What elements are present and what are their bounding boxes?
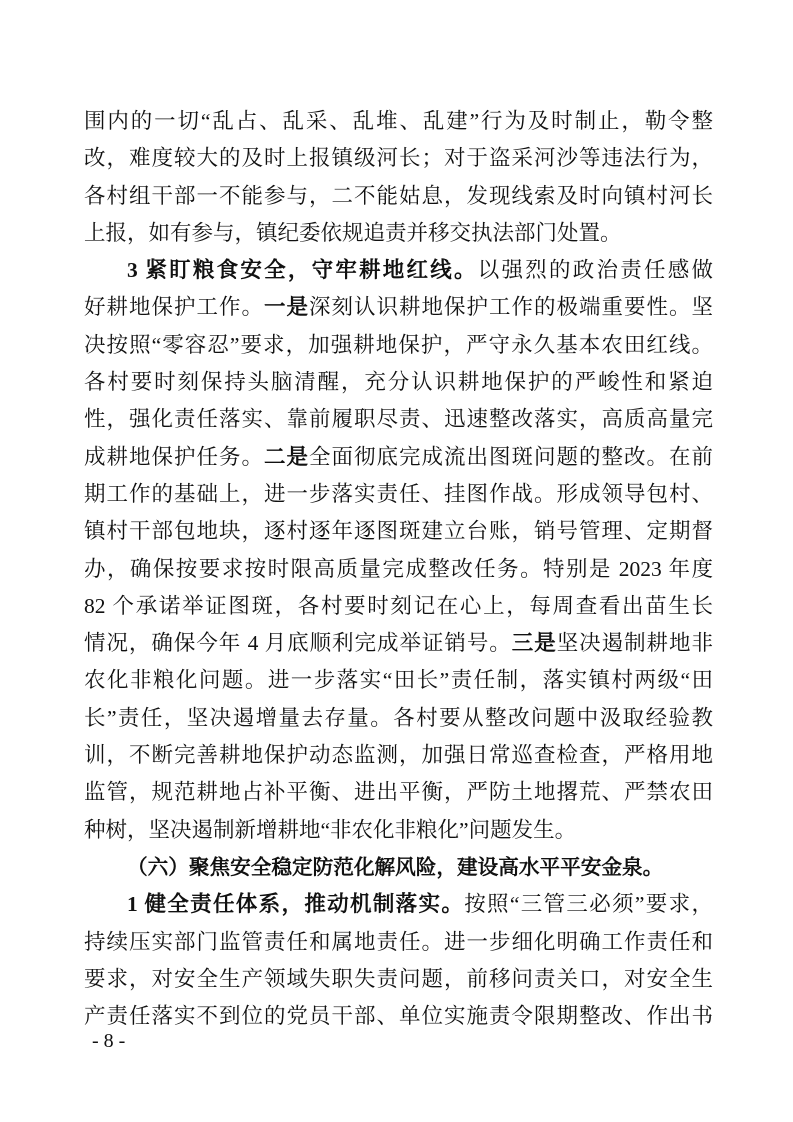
- text-segment: 各村组干部一不能参与，二不能姑息，发现线索及时向镇村河长: [84, 184, 713, 208]
- text-line: 种树，坚决遏制新增耕地“非农化非粮化”问题发生。: [84, 812, 713, 849]
- text-segment: 监管，规范耕地占补平衡、进出平衡，严防土地撂荒、严禁农田: [84, 780, 713, 804]
- text-segment: 三是: [512, 631, 557, 655]
- text-segment: 3 紧盯粮食安全，守牢耕地红线。: [127, 258, 478, 282]
- text-segment: 按照“三管三必须”要求，: [464, 892, 713, 916]
- text-segment: 围内的一切“乱占、乱采、乱堆、乱建”行为及时制止，勒令整: [84, 109, 713, 133]
- text-line: 82 个承诺举证图斑，各村要时刻记在心上，每周查看出苗生长: [84, 588, 713, 625]
- text-line: 改，难度较大的及时上报镇级河长；对于盗采河沙等违法行为，: [84, 140, 713, 177]
- text-segment: 持续压实部门监管责任和属地责任。进一步细化明确工作责任和: [84, 930, 713, 954]
- text-line: 成耕地保护任务。二是全面彻底完成流出图斑问题的整改。在前: [84, 439, 713, 476]
- text-line: 镇村干部包地块，逐村逐年逐图斑建立台账，销号管理、定期督: [84, 513, 713, 550]
- text-segment: 1 健全责任体系，推动机制落实。: [127, 892, 464, 916]
- text-line: 农化非粮化问题。进一步落实“田长”责任制，落实镇村两级“田: [84, 662, 713, 699]
- text-segment: 种树，坚决遏制新增耕地“非农化非粮化”问题发生。: [84, 818, 576, 842]
- text-line: 办，确保按要求按时限高质量完成整改任务。特别是 2023 年度: [84, 551, 713, 588]
- text-segment: 各村要时刻保持头脑清醒，充分认识耕地保护的严峻性和紧迫: [84, 370, 713, 394]
- text-line: 各村组干部一不能参与，二不能姑息，发现线索及时向镇村河长: [84, 178, 713, 215]
- text-segment: 深刻认识耕地保护工作的极端重要性。坚: [309, 295, 713, 319]
- document-body: 围内的一切“乱占、乱采、乱堆、乱建”行为及时制止，勒令整改，难度较大的及时上报镇…: [84, 103, 713, 1035]
- text-line: 上报，如有参与，镇纪委依规追责并移交执法部门处置。: [84, 215, 713, 252]
- text-segment: （六）聚焦安全稳定防范化解风险，建设高水平平安金泉。: [127, 856, 663, 879]
- text-line: 情况，确保今年 4 月底顺利完成举证销号。三是坚决遏制耕地非: [84, 625, 713, 662]
- text-segment: 82 个承诺举证图斑，各村要时刻记在心上，每周查看出苗生长: [84, 594, 713, 618]
- text-segment: 决按照“零容忍”要求，加强耕地保护，严守永久基本农田红线。: [84, 333, 713, 357]
- text-segment: 镇村干部包地块，逐村逐年逐图斑建立台账，销号管理、定期督: [84, 519, 713, 543]
- text-segment: 要求，对安全生产领域失职失责问题，前移问责关口，对安全生: [84, 967, 713, 991]
- text-segment: 期工作的基础上，进一步落实责任、挂图作战。形成领导包村、: [84, 482, 713, 506]
- text-segment: 坚决遏制耕地非: [557, 631, 713, 655]
- text-segment: 长”责任，坚决遏增量去存量。各村要从整改问题中汲取经验教: [84, 706, 713, 730]
- text-segment: 情况，确保今年 4 月底顺利完成举证销号。: [84, 631, 512, 655]
- text-segment: 上报，如有参与，镇纪委依规追责并移交执法部门处置。: [84, 221, 622, 245]
- page-number: - 8 -: [92, 1028, 125, 1054]
- text-segment: 一是: [264, 295, 309, 319]
- text-segment: 成耕地保护任务。: [84, 445, 264, 469]
- text-segment: 以强烈的政治责任感做: [478, 258, 713, 282]
- text-line: 1 健全责任体系，推动机制落实。按照“三管三必须”要求，: [84, 886, 713, 923]
- text-segment: 改，难度较大的及时上报镇级河长；对于盗采河沙等违法行为，: [84, 146, 713, 170]
- text-line: （六）聚焦安全稳定防范化解风险，建设高水平平安金泉。: [84, 849, 713, 886]
- text-segment: 全面彻底完成流出图斑问题的整改。在前: [309, 445, 713, 469]
- text-line: 决按照“零容忍”要求，加强耕地保护，严守永久基本农田红线。: [84, 327, 713, 364]
- text-segment: 产责任落实不到位的党员干部、单位实施责令限期整改、作出书: [84, 1004, 713, 1028]
- text-segment: 性，强化责任落实、靠前履职尽责、迅速整改落实，高质高量完: [84, 407, 713, 431]
- text-segment: 办，确保按要求按时限高质量完成整改任务。特别是 2023 年度: [84, 557, 713, 581]
- text-line: 3 紧盯粮食安全，守牢耕地红线。以强烈的政治责任感做: [84, 252, 713, 289]
- text-line: 训，不断完善耕地保护动态监测，加强日常巡查检查，严格用地: [84, 737, 713, 774]
- text-line: 好耕地保护工作。一是深刻认识耕地保护工作的极端重要性。坚: [84, 289, 713, 326]
- text-line: 期工作的基础上，进一步落实责任、挂图作战。形成领导包村、: [84, 476, 713, 513]
- text-line: 持续压实部门监管责任和属地责任。进一步细化明确工作责任和: [84, 924, 713, 961]
- text-line: 要求，对安全生产领域失职失责问题，前移问责关口，对安全生: [84, 961, 713, 998]
- text-segment: 农化非粮化问题。进一步落实“田长”责任制，落实镇村两级“田: [84, 668, 713, 692]
- text-line: 长”责任，坚决遏增量去存量。各村要从整改问题中汲取经验教: [84, 700, 713, 737]
- text-segment: 二是: [264, 445, 309, 469]
- text-line: 围内的一切“乱占、乱采、乱堆、乱建”行为及时制止，勒令整: [84, 103, 713, 140]
- text-line: 监管，规范耕地占补平衡、进出平衡，严防土地撂荒、严禁农田: [84, 774, 713, 811]
- text-segment: 好耕地保护工作。: [84, 295, 264, 319]
- text-line: 性，强化责任落实、靠前履职尽责、迅速整改落实，高质高量完: [84, 401, 713, 438]
- text-line: 产责任落实不到位的党员干部、单位实施责令限期整改、作出书: [84, 998, 713, 1035]
- text-segment: 训，不断完善耕地保护动态监测，加强日常巡查检查，严格用地: [84, 743, 713, 767]
- text-line: 各村要时刻保持头脑清醒，充分认识耕地保护的严峻性和紧迫: [84, 364, 713, 401]
- document-page: 围内的一切“乱占、乱采、乱堆、乱建”行为及时制止，勒令整改，难度较大的及时上报镇…: [0, 0, 793, 1122]
